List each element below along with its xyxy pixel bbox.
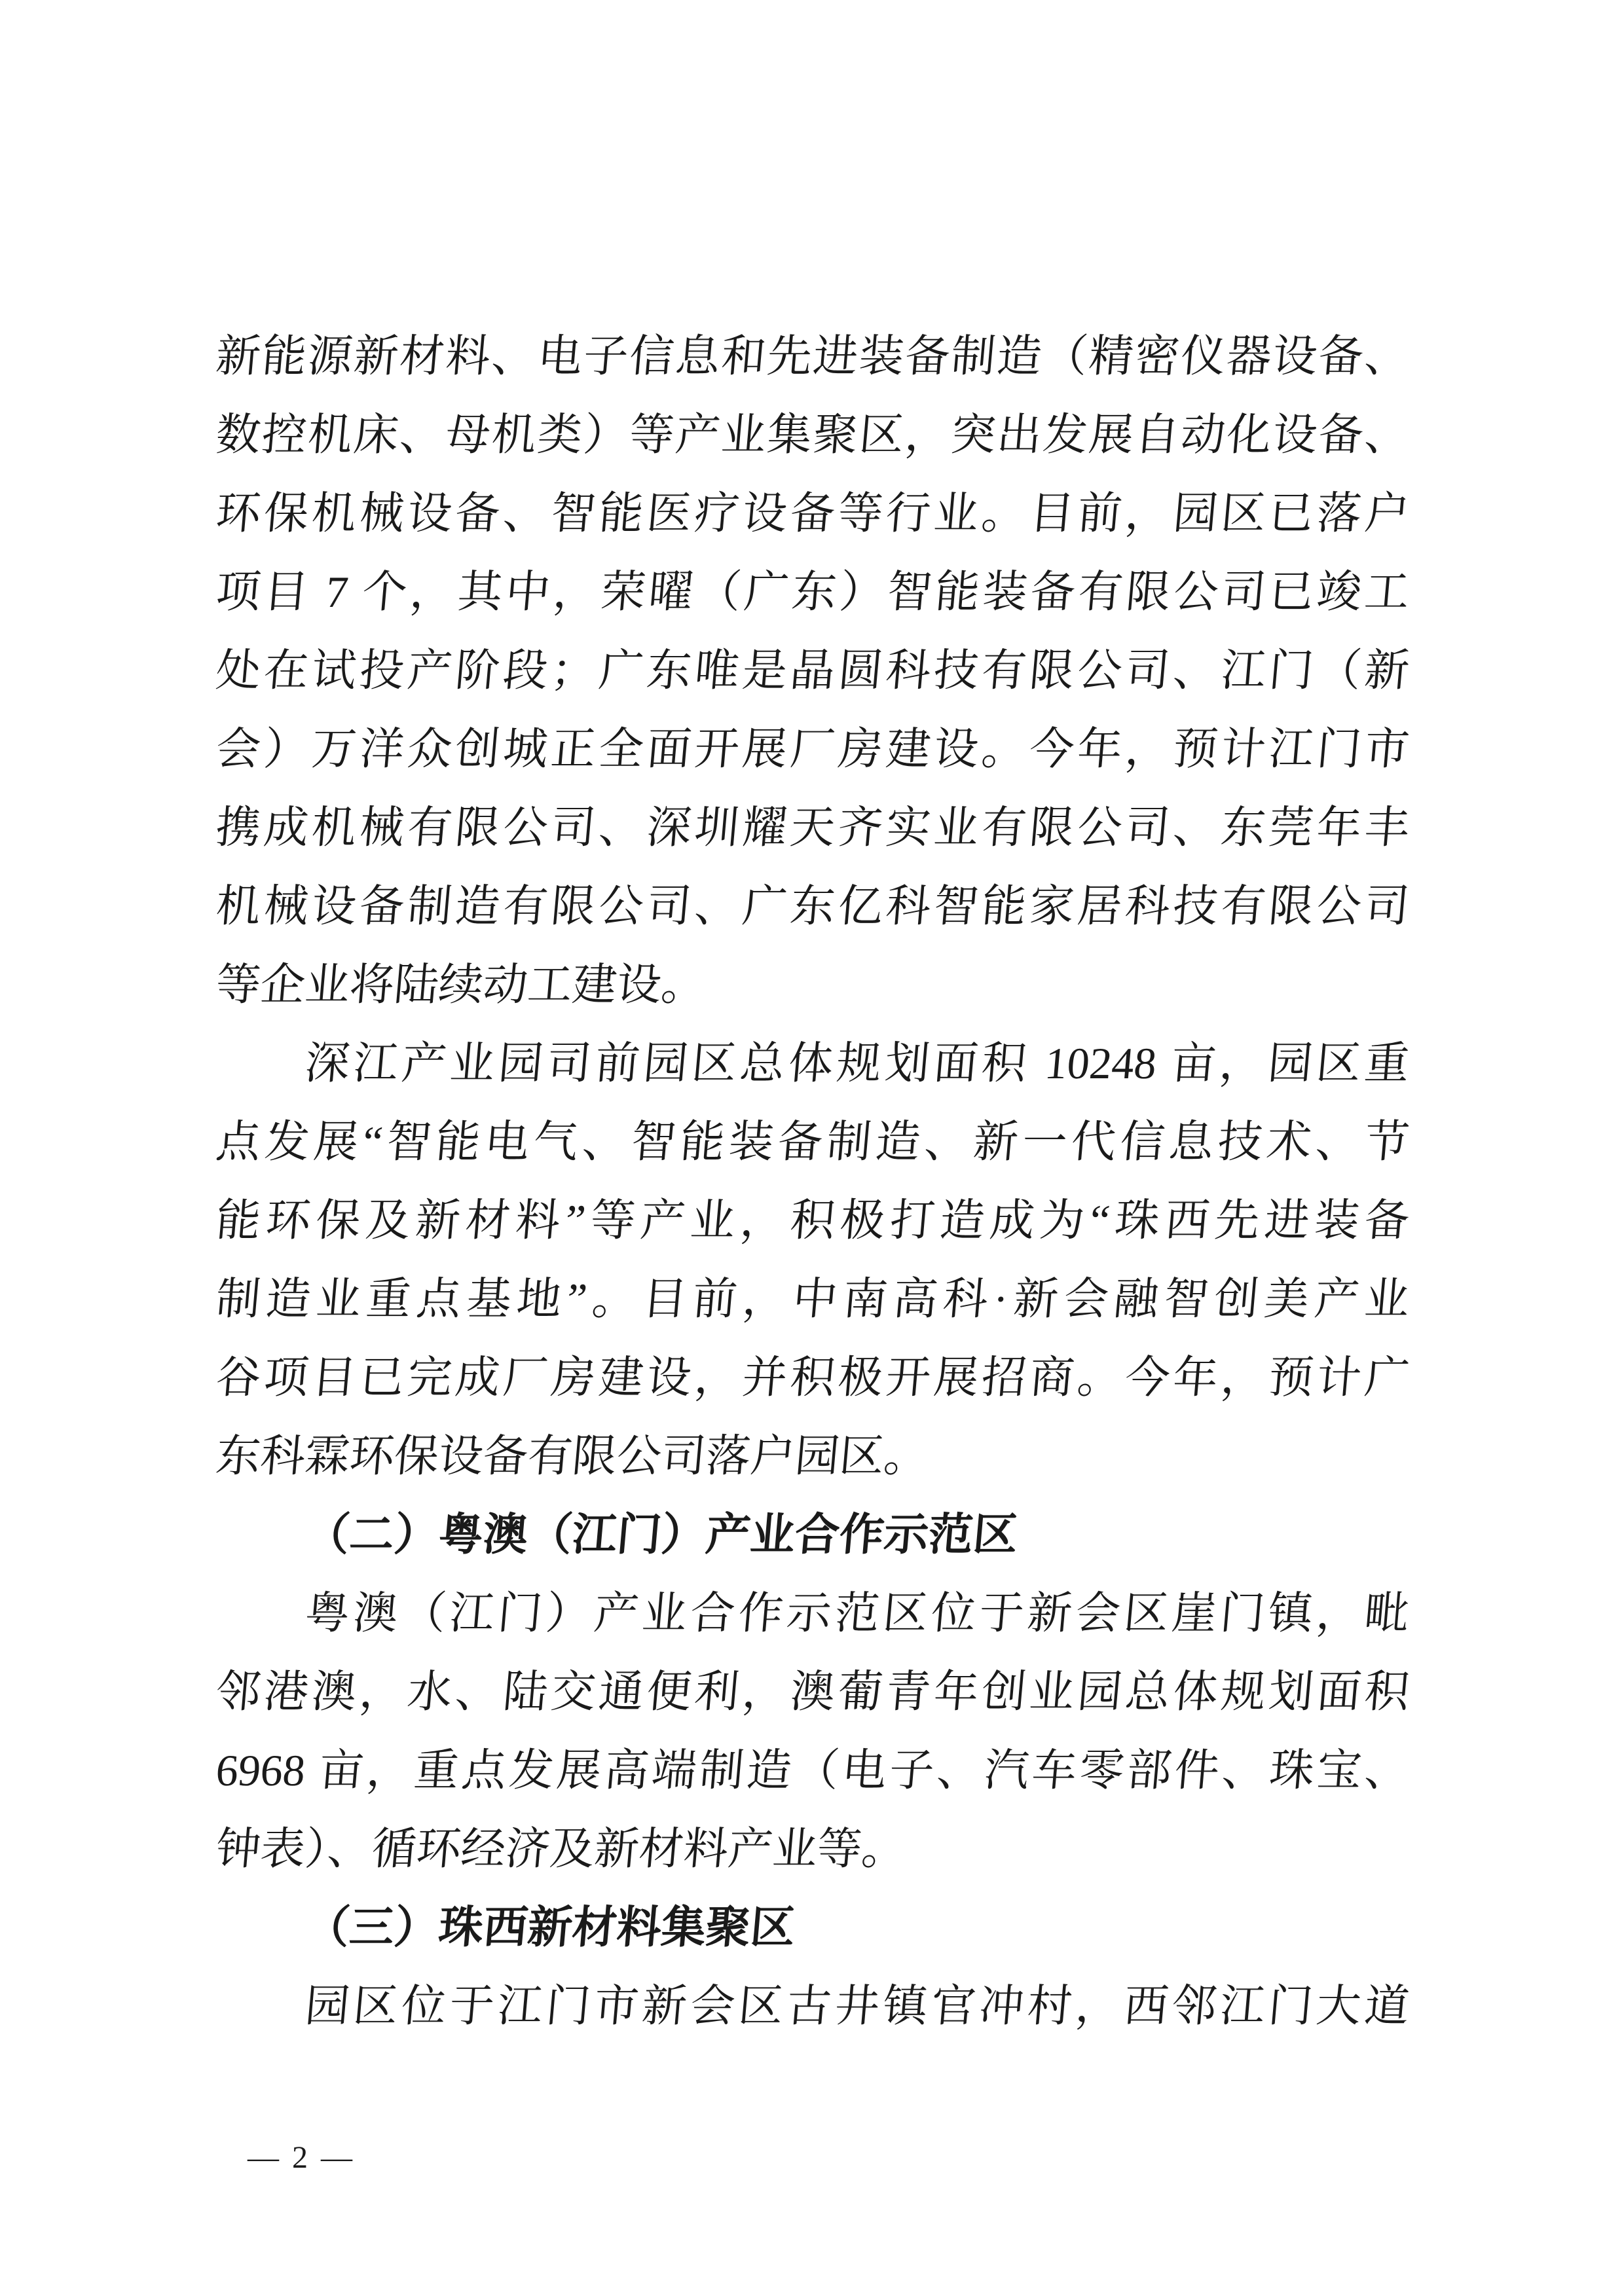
section-heading-line: （二）粤澳（江门）产业合作示范区 [213, 1495, 1412, 1574]
body-text-line: 处在试投产阶段；广东唯是晶圆科技有限公司、江门（新 [213, 631, 1412, 710]
body-text-line: 钟表）、循环经济及新材料产业等。 [213, 1810, 1412, 1888]
body-text-line: 项目 7 个，其中，荣曜（广东）智能装备有限公司已竣工 [213, 553, 1412, 631]
body-text-line: 环保机械设备、智能医疗设备等行业。目前，园区已落户 [213, 474, 1412, 553]
body-text-line: 深江产业园司前园区总体规划面积 10248 亩，园区重 [213, 1024, 1412, 1102]
body-text-line: 新能源新材料、电子信息和先进装备制造（精密仪器设备、 [213, 317, 1412, 395]
body-text-line: 粤澳（江门）产业合作示范区位于新会区崖门镇，毗 [213, 1574, 1412, 1652]
body-text-line: 会）万洋众创城正全面开展厂房建设。今年，预计江门市 [213, 710, 1412, 788]
body-text-line: 邻港澳，水、陆交通便利，澳葡青年创业园总体规划面积 [213, 1652, 1412, 1731]
body-text-line: 能环保及新材料”等产业，积极打造成为“珠西先进装备 [213, 1181, 1412, 1260]
body-text-line: 等企业将陆续动工建设。 [213, 945, 1412, 1024]
body-text-line: 机械设备制造有限公司、广东亿科智能家居科技有限公司 [213, 867, 1412, 945]
body-text-line: 谷项目已完成厂房建设，并积极开展招商。今年，预计广 [213, 1338, 1412, 1417]
body-text-line: 数控机床、母机类）等产业集聚区，突出发展自动化设备、 [213, 395, 1412, 474]
document-body: 新能源新材料、电子信息和先进装备制造（精密仪器设备、数控机床、母机类）等产业集聚… [216, 317, 1409, 2045]
section-heading-line: （三）珠西新材料集聚区 [213, 1888, 1412, 1967]
body-text-line: 东科霖环保设备有限公司落户园区。 [213, 1417, 1412, 1495]
body-text-line: 园区位于江门市新会区古井镇官冲村，西邻江门大道 [213, 1967, 1412, 2045]
document-page: 新能源新材料、电子信息和先进装备制造（精密仪器设备、数控机床、母机类）等产业集聚… [0, 0, 1624, 2296]
body-text-line: 制造业重点基地”。目前，中南高科·新会融智创美产业 [213, 1260, 1412, 1338]
body-text-line: 携成机械有限公司、深圳耀天齐实业有限公司、东莞年丰 [213, 788, 1412, 867]
page-number: — 2 — [223, 2119, 380, 2197]
body-text-line: 点发展“智能电气、智能装备制造、新一代信息技术、节 [213, 1102, 1412, 1181]
body-text-line: 6968 亩，重点发展高端制造（电子、汽车零部件、珠宝、 [213, 1731, 1412, 1810]
